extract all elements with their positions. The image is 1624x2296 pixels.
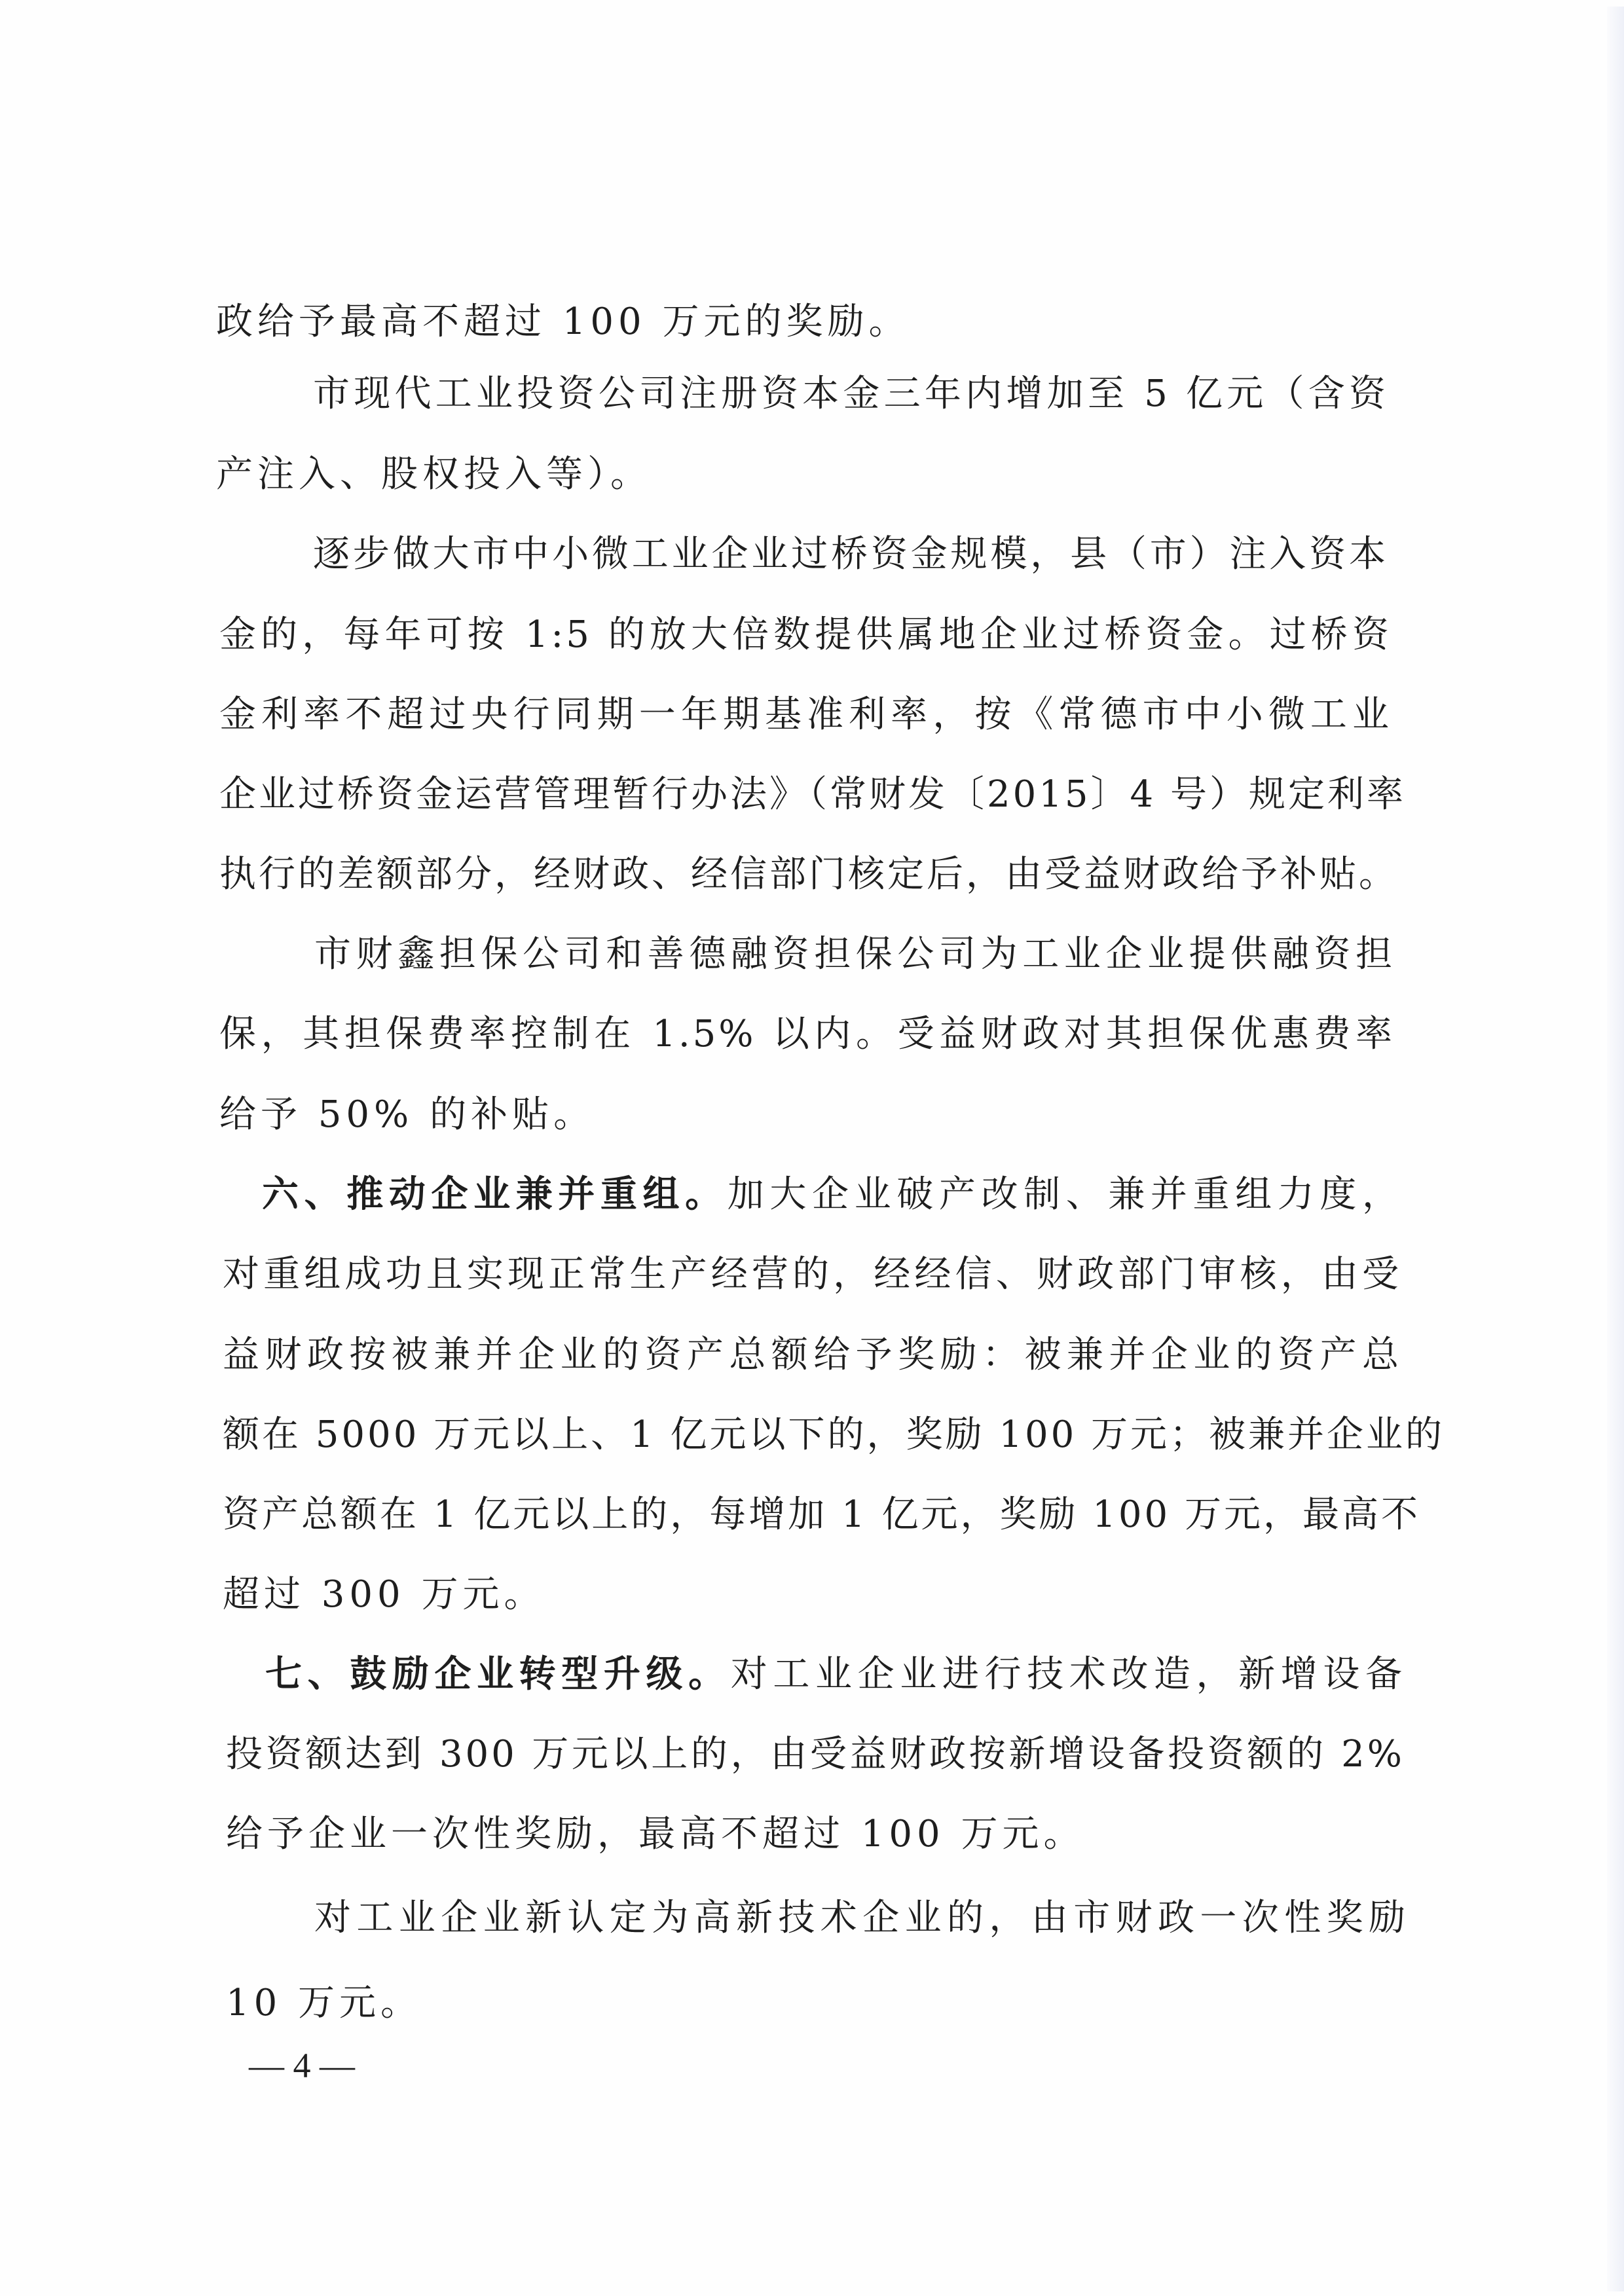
scan-edge-shadow: [1607, 7, 1624, 2291]
body-line-9: 市财鑫担保公司和善德融资担保公司为工业企业提供融资担: [314, 928, 1395, 981]
body-line-3: 产注入、股权投入等）。: [216, 448, 1388, 501]
line-text: 益财政按被兼并企业的资产总额给予奖励：被兼并企业的资产总: [223, 1334, 1401, 1376]
body-line-22: 10 万元。: [226, 1977, 1405, 2030]
body-line-10: 保，其担保费率控制在 1.5% 以内。受益财政对其担保优惠费率: [219, 1008, 1395, 1061]
line-text: 额在 5000 万元以上、1 亿元以下的，奖励 100 万元；被兼并企业的: [223, 1413, 1445, 1456]
body-line-21: 对工业企业新认定为高新技术企业的，由市财政一次性奖励: [314, 1892, 1408, 1944]
line-text: 10 万元。: [226, 1982, 422, 2024]
body-line-8: 执行的差额部分，经财政、经信部门核定后，由受益财政给予补贴。: [219, 848, 1398, 901]
line-text: 企业过桥资金运营管理暂行办法》（常财发〔2015〕4 号）规定利率: [219, 773, 1406, 816]
line-text: 加大企业破产改制、兼并重组力度，: [728, 1173, 1401, 1216]
line-text: 超过 300 万元。: [223, 1573, 545, 1616]
body-line-15: 额在 5000 万元以上、1 亿元以下的，奖励 100 万元；被兼并企业的: [223, 1409, 1401, 1461]
line-text: 市现代工业投资公司注册资本金三年内增加至 5 亿元（含资: [313, 373, 1388, 415]
line-text: 逐步做大市中小微工业企业过桥资金规模，县（市）注入资本: [313, 533, 1388, 575]
body-line-4: 逐步做大市中小微工业企业过桥资金规模，县（市）注入资本: [313, 528, 1388, 581]
line-text: 政给予最高不超过 100 万元的奖励。: [216, 301, 910, 343]
body-line-7: 企业过桥资金运营管理暂行办法》（常财发〔2015〕4 号）规定利率: [219, 769, 1392, 821]
line-text: 投资额达到 300 万元以上的，由受益财政按新增设备投资额的 2%: [226, 1733, 1405, 1776]
body-line-2: 市现代工业投资公司注册资本金三年内增加至 5 亿元（含资: [313, 368, 1388, 420]
body-line-1: 政给予最高不超过 100 万元的奖励。: [216, 296, 1388, 348]
line-text: 保，其担保费率控制在 1.5% 以内。受益财政对其担保优惠费率: [219, 1013, 1395, 1055]
section-6-heading-line: 六、推动企业兼并重组。加大企业破产改制、兼并重组力度，: [262, 1169, 1401, 1221]
document-page: 政给予最高不超过 100 万元的奖励。 市现代工业投资公司注册资本金三年内增加至…: [0, 0, 1624, 2296]
line-text: 给予 50% 的补贴。: [219, 1093, 595, 1136]
line-text: 对重组成功且实现正常生产经营的，经经信、财政部门审核，由受: [223, 1253, 1401, 1296]
body-line-17: 超过 300 万元。: [223, 1569, 1401, 1621]
line-text: 金的，每年可按 1:5 的放大倍数提供属地企业过桥资金。过桥资: [219, 613, 1392, 656]
page-number: — 4 —: [249, 2039, 393, 2092]
section-heading-7: 七、鼓励企业转型升级。: [265, 1653, 731, 1696]
body-line-16: 资产总额在 1 亿元以上的，每增加 1 亿元，奖励 100 万元，最高不: [223, 1489, 1401, 1541]
section-7-heading-line: 七、鼓励企业转型升级。对工业企业进行技术改造，新增设备: [265, 1649, 1405, 1701]
line-text: 对工业企业新认定为高新技术企业的，由市财政一次性奖励: [314, 1897, 1408, 1939]
body-line-19: 投资额达到 300 万元以上的，由受益财政按新增设备投资额的 2%: [226, 1728, 1405, 1781]
line-text: 金利率不超过央行同期一年期基准利率，按《常德市中小微工业: [219, 693, 1392, 736]
section-heading-6: 六、推动企业兼并重组。: [262, 1173, 728, 1216]
line-text: 市财鑫担保公司和善德融资担保公司为工业企业提供融资担: [314, 933, 1395, 975]
line-text: 对工业企业进行技术改造，新增设备: [731, 1653, 1405, 1696]
body-line-13: 对重组成功且实现正常生产经营的，经经信、财政部门审核，由受: [223, 1248, 1401, 1301]
body-line-14: 益财政按被兼并企业的资产总额给予奖励：被兼并企业的资产总: [223, 1329, 1401, 1381]
body-line-6: 金利率不超过央行同期一年期基准利率，按《常德市中小微工业: [219, 689, 1392, 741]
body-line-11: 给予 50% 的补贴。: [219, 1089, 1395, 1141]
body-line-20: 给予企业一次性奖励，最高不超过 100 万元。: [226, 1808, 1405, 1861]
line-text: 产注入、股权投入等）。: [216, 453, 652, 496]
line-text: 给予企业一次性奖励，最高不超过 100 万元。: [226, 1813, 1085, 1855]
line-text: 执行的差额部分，经财政、经信部门核定后，由受益财政给予补贴。: [219, 853, 1398, 896]
line-text: 资产总额在 1 亿元以上的，每增加 1 亿元，奖励 100 万元，最高不: [223, 1493, 1420, 1536]
body-line-5: 金的，每年可按 1:5 的放大倍数提供属地企业过桥资金。过桥资: [219, 609, 1392, 661]
